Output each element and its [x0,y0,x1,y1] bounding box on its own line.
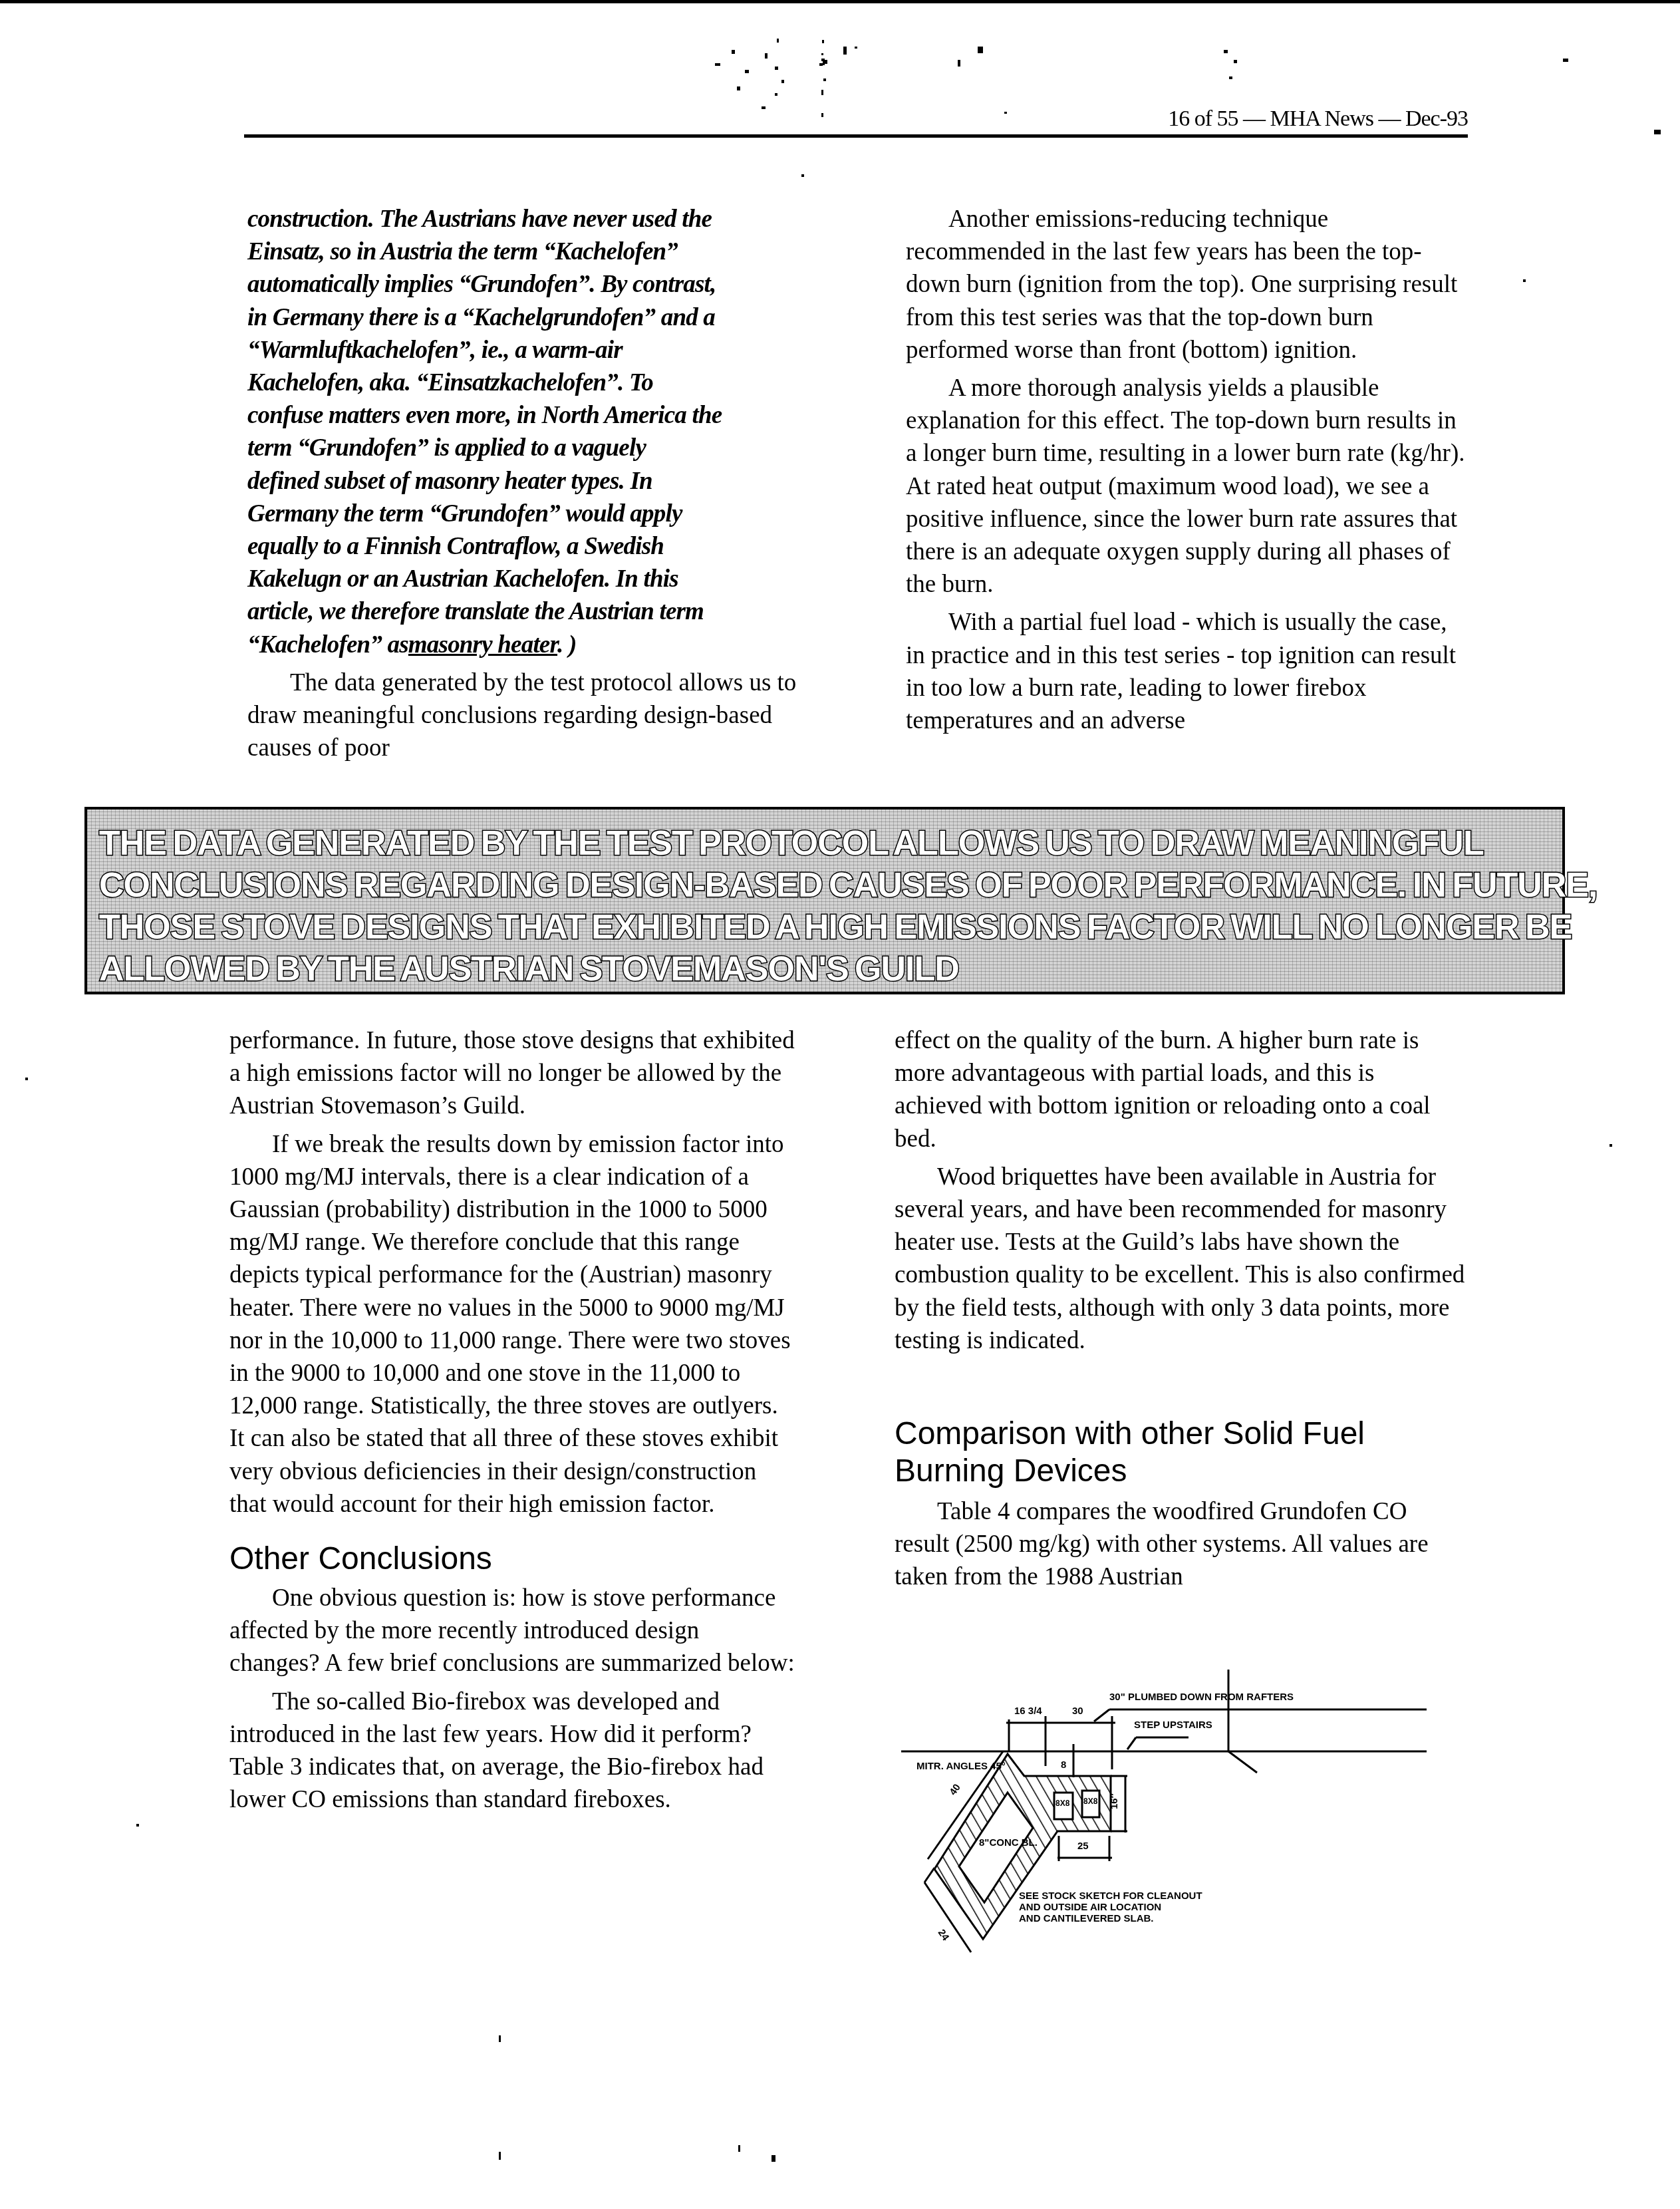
page-top-rule [0,0,1680,3]
column-left-top: construction. The Austrians have never u… [247,203,799,764]
paragraph: Table 4 compares the woodfired Grundofen… [895,1495,1467,1594]
masonry-heater-plan-diagram: 30" PLUMBED DOWN FROM RAFTERS 16 3/4 30 … [898,1650,1430,1956]
diagram-label-flue-2: 8X8 [1083,1797,1098,1806]
pull-quote-banner: The data generated by the test protocol … [84,807,1565,994]
section-heading-comparison: Comparison with other Solid Fuel Burning… [895,1415,1467,1490]
page-info: 16 of 55 — MHA News — Dec-93 [1168,106,1468,132]
paragraph: The so-called Bio-firebox was developed … [229,1686,795,1817]
plan-sketch-icon: 30" PLUMBED DOWN FROM RAFTERS 16 3/4 30 … [898,1650,1430,1956]
italic-note: construction. The Austrians have never u… [247,203,799,661]
page-header: 16 of 55 — MHA News — Dec-93 [244,100,1468,138]
diagram-label-conc-block: 8"CONC BL. [979,1837,1038,1848]
diagram-note-line-3: AND CANTILEVERED SLAB. [1019,1913,1154,1924]
column-left-bottom: performance. In future, those stove desi… [229,1024,795,1816]
paragraph: If we break the results down by emission… [229,1128,795,1521]
column-right-top: Another emissions-reducing technique rec… [906,203,1471,737]
diagram-label-16-3-4: 16 3/4 [1014,1705,1042,1717]
paragraph: The data generated by the test protocol … [247,666,799,765]
diagram-label-30: 30 [1072,1705,1083,1717]
paragraph: With a partial fuel load - which is usua… [906,606,1471,737]
diagram-label-step-upstairs: STEP UPSTAIRS [1134,1719,1212,1731]
pull-quote-line: The data generated by the test protocol … [99,823,1550,865]
section-heading-other-conclusions: Other Conclusions [229,1541,795,1578]
diagram-label-25: 25 [1077,1841,1089,1852]
diagram-label-miter-angles: MITR. ANGLES 45° [916,1761,1006,1772]
paragraph: A more thorough analysis yields a plausi… [906,372,1471,601]
pull-quote-line: those stove designs that exhibited a hig… [99,907,1550,949]
pull-quote-line: conclusions regarding design-based cause… [99,865,1550,907]
diagram-label-40: 40 [947,1782,962,1797]
paragraph: Another emissions-reducing technique rec… [906,203,1471,367]
paragraph: effect on the quality of the burn. A hig… [895,1024,1467,1155]
paragraph: performance. In future, those stove desi… [229,1024,795,1123]
diagram-label-16: 16″ [1109,1793,1120,1809]
diagram-label-flue-1: 8X8 [1055,1799,1070,1808]
diagram-note-line-2: AND OUTSIDE AIR LOCATION [1019,1902,1161,1913]
diagram-note-line-1: SEE STOCK SKETCH FOR CLEANOUT [1019,1890,1202,1902]
paragraph: One obvious question is: how is stove pe… [229,1582,795,1680]
diagram-label-24: 24 [936,1928,952,1944]
diagram-label-8: 8 [1061,1759,1066,1771]
paragraph: Wood briquettes have been available in A… [895,1161,1467,1357]
pull-quote-line: allowed by the Austrian Stovemason's Gui… [99,949,1550,990]
diagram-label-rafters: 30" PLUMBED DOWN FROM RAFTERS [1109,1692,1294,1703]
column-right-bottom: effect on the quality of the burn. A hig… [895,1024,1467,1594]
masonry-heater-term: masonry heater [408,631,557,659]
